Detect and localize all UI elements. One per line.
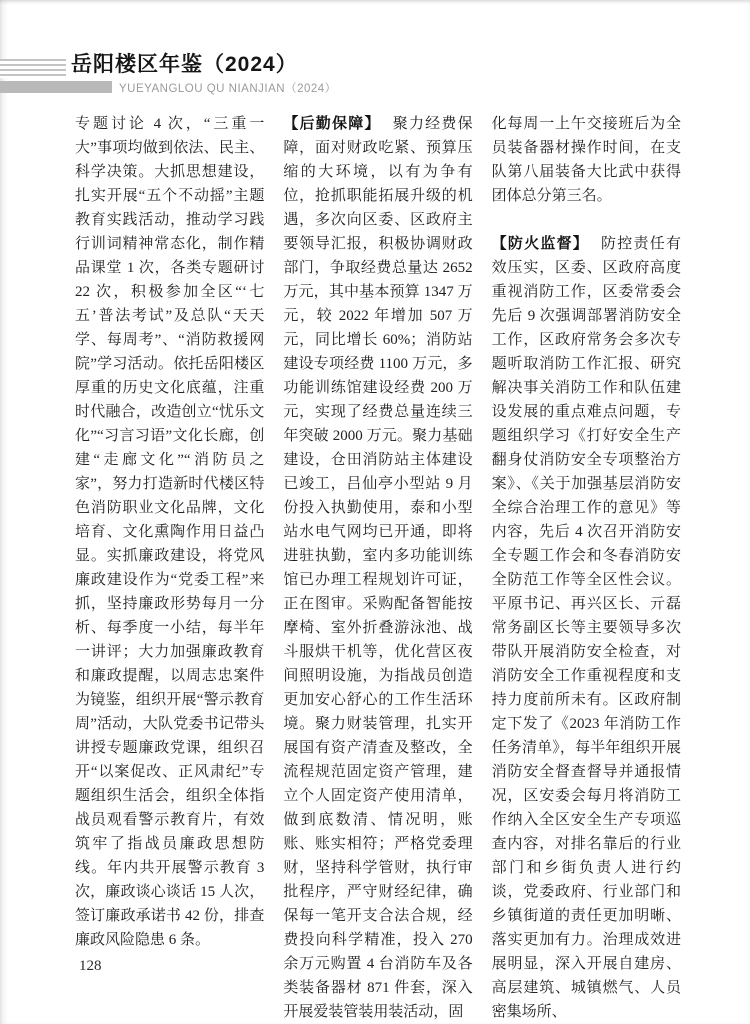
- text-column-3: 化每周一上午交接班后为全员装备器材操作时间，在支队第八届装备大比武中获得团体总分…: [492, 112, 681, 962]
- paragraph-text: 化每周一上午交接班后为全员装备器材操作时间，在支队第八届装备大比武中获得团体总分…: [492, 116, 681, 204]
- entry-tag: 【防火监督】: [492, 235, 589, 252]
- body-paragraph: 专题讨论 4 次，“三重一大”事项均做到依法、民主、科学决策。大抓思想建设，扎实…: [75, 112, 264, 952]
- text-column-2: 【后勤保障】聚力经费保障，面对财政吃紧、预算压缩的大环境，以有为争有位，抢抓职能…: [283, 112, 472, 962]
- body-paragraph: 化每周一上午交接班后为全员装备器材操作时间，在支队第八届装备大比武中获得团体总分…: [492, 112, 681, 208]
- header-stripes-decoration: [0, 59, 66, 78]
- paragraph-text: 专题讨论 4 次，“三重一大”事项均做到依法、民主、科学决策。大抓思想建设，扎实…: [75, 116, 264, 948]
- page-subtitle: YUEYANGLOU QU NIANJIAN（2024）: [119, 80, 337, 96]
- page-title: 岳阳楼区年鉴（2024）: [71, 48, 298, 78]
- yearbook-page: 岳阳楼区年鉴（2024） YUEYANGLOU QU NIANJIAN（2024…: [0, 0, 750, 1024]
- paragraph-text: 防控责任有效压实，区委、区政府高度重视消防工作，区委常委会先后 9 次强调部署消…: [492, 236, 681, 1020]
- text-columns: 专题讨论 4 次，“三重一大”事项均做到依法、民主、科学决策。大抓思想建设，扎实…: [75, 112, 681, 962]
- entry-tag: 【后勤保障】: [283, 115, 380, 132]
- paragraph-text: 聚力经费保障，面对财政吃紧、预算压缩的大环境，以有为争有位，抢抓职能拓展升级的机…: [283, 116, 472, 1020]
- page-number: 128: [79, 958, 102, 975]
- entry-paragraph: 【后勤保障】聚力经费保障，面对财政吃紧、预算压缩的大环境，以有为争有位，抢抓职能…: [283, 112, 472, 1024]
- entry-paragraph: 【防火监督】防控责任有效压实，区委、区政府高度重视消防工作，区委常委会先后 9 …: [492, 232, 681, 1024]
- text-column-1: 专题讨论 4 次，“三重一大”事项均做到依法、民主、科学决策。大抓思想建设，扎实…: [75, 112, 264, 962]
- header-bar-decoration: [0, 81, 112, 93]
